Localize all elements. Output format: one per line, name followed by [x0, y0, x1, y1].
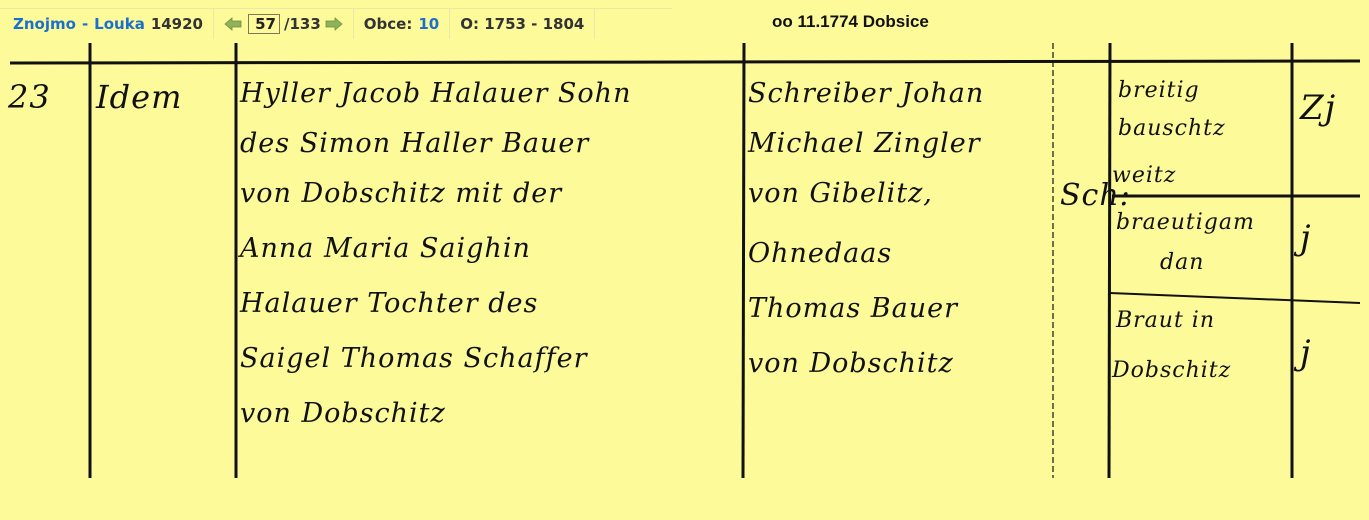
record-id: 14920	[151, 15, 203, 33]
groom-line: von Dobschitz mit der	[240, 178, 562, 209]
parish-link[interactable]: Louka	[94, 15, 145, 33]
status-cell-text: braeutigam	[1116, 210, 1255, 235]
status-cell-text: breitig	[1118, 78, 1200, 103]
right-mark: j	[1300, 333, 1312, 373]
groom-line: Hyller Jacob Halauer Sohn	[240, 78, 631, 109]
range-section: O: 1753 - 1804	[450, 9, 595, 39]
groom-line: Halauer Tochter des	[240, 288, 538, 319]
witness-line: Ohnedaas	[748, 238, 892, 269]
groom-line: Saigel Thomas Schaffer	[240, 343, 587, 374]
obce-label: Obce:	[364, 15, 413, 33]
witness-line: Schreiber Johan	[748, 78, 984, 109]
page-total: /133	[284, 15, 321, 33]
record-title: oo 11.1774 Dobsice	[772, 12, 929, 32]
groom-line: des Simon Haller Bauer	[240, 128, 589, 159]
arrow-left-icon[interactable]	[224, 17, 242, 31]
groom-line: von Dobschitz	[240, 398, 446, 429]
arrow-right-icon[interactable]	[325, 17, 343, 31]
status-cell-text: weitz	[1112, 163, 1176, 188]
register-grid-lines	[0, 38, 1369, 520]
right-mark: Zj	[1300, 88, 1336, 128]
location-section: Znojmo - Louka 14920	[0, 9, 214, 39]
navigation-toolbar: Znojmo - Louka 14920 /133 Obce: 10 O: 17…	[0, 8, 672, 39]
groom-line: Anna Maria Saighin	[240, 233, 531, 264]
witness-line: von Dobschitz	[748, 348, 954, 379]
register-scan-image: 23 Idem Hyller Jacob Halauer Sohn des Si…	[0, 38, 1369, 520]
obce-count-link[interactable]: 10	[418, 15, 439, 33]
region-link[interactable]: Znojmo	[13, 15, 76, 33]
location-separator: -	[82, 15, 88, 33]
status-cell-text: bauschtz	[1118, 116, 1226, 141]
year-range: O: 1753 - 1804	[460, 15, 584, 33]
obce-section: Obce: 10	[354, 9, 450, 39]
entry-number: 23	[8, 78, 51, 116]
witness-line: Michael Zingler	[748, 128, 981, 159]
right-mark: j	[1300, 218, 1312, 258]
pager-section: /133	[214, 9, 354, 39]
witness-line: Thomas Bauer	[748, 293, 958, 324]
status-cell-text: Dobschitz	[1112, 358, 1231, 383]
witness-line: von Gibelitz,	[748, 178, 933, 209]
entry-place: Idem	[96, 78, 182, 116]
status-cell-text: Braut in	[1116, 308, 1215, 333]
status-cell-text: dan	[1160, 250, 1204, 275]
page-number-input[interactable]	[248, 14, 280, 34]
